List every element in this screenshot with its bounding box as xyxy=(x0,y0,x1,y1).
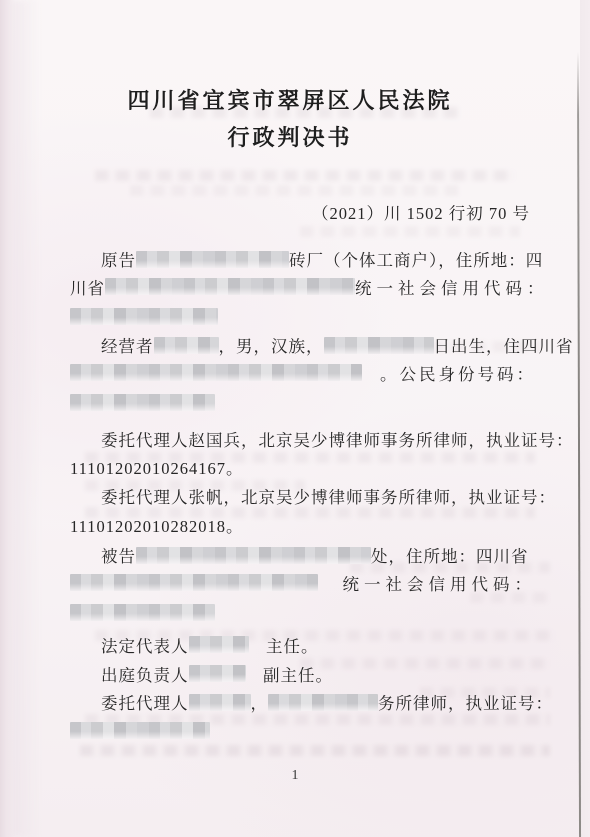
text-segment: 出庭负责人 xyxy=(101,662,189,686)
text-segment: ， xyxy=(251,690,269,714)
text-line: 川省统一社会信用代码： xyxy=(70,273,536,302)
text-line: 统一社会信用代码： xyxy=(70,569,536,598)
redaction-box xyxy=(136,251,289,268)
text-segment: 统一社会信用代码： xyxy=(355,275,549,299)
document-body: 原告砖厂（个体工商户），住所地：四川省统一社会信用代码：经营者，男，汉族，日出生… xyxy=(70,244,536,744)
bleedthrough-smudge xyxy=(80,745,550,756)
text-line: 出庭负责人 副主任。 xyxy=(70,658,536,687)
redaction-box xyxy=(105,278,355,295)
text-segment: 川省 xyxy=(70,275,105,299)
scan-right-margin xyxy=(580,0,590,837)
redaction-box xyxy=(70,308,218,325)
bleedthrough-smudge xyxy=(95,170,515,181)
text-line xyxy=(70,301,536,330)
text-line: 。公民身份号码： xyxy=(70,358,536,387)
redaction-box xyxy=(189,694,251,711)
text-segment: 务所律师，执业证号： xyxy=(378,690,553,714)
text-segment: 处，住所地：四川省 xyxy=(371,543,529,567)
redaction-box xyxy=(70,604,215,621)
text-segment: 主任。 xyxy=(249,633,319,657)
redaction-box xyxy=(189,665,246,682)
text-segment: 11101202010264167。 xyxy=(70,455,244,479)
redaction-box xyxy=(70,574,318,591)
court-name-title: 四川省宜宾市翠屏区人民法院 xyxy=(0,84,580,115)
text-segment: 委托代理人 xyxy=(101,690,189,714)
text-line xyxy=(70,597,536,626)
page-number: 1 xyxy=(0,768,590,784)
text-segment: 11101202010282018。 xyxy=(70,513,244,537)
text-segment: 被告 xyxy=(101,543,136,567)
text-line: 11101202010264167。 xyxy=(70,452,536,481)
text-segment: 统一社会信用代码： xyxy=(343,571,537,595)
text-line: 委托代理人赵国兵，北京吴少博律师事务所律师，执业证号： xyxy=(70,424,536,453)
text-segment: 委托代理人张帆，北京吴少博律师事务所律师，执业证号： xyxy=(101,484,556,508)
redaction-box xyxy=(189,636,249,653)
text-segment: 委托代理人赵国兵，北京吴少博律师事务所律师，执业证号： xyxy=(101,427,574,451)
scanned-page: 四川省宜宾市翠屏区人民法院 行政判决书 （2021）川 1502 行初 70 号… xyxy=(0,0,590,837)
text-line: 原告砖厂（个体工商户），住所地：四 xyxy=(70,244,536,273)
document-type-title: 行政判决书 xyxy=(0,121,580,152)
redaction-box xyxy=(324,337,434,354)
text-line xyxy=(70,716,536,745)
text-line: 委托代理人，务所律师，执业证号： xyxy=(70,687,536,716)
text-line xyxy=(70,387,536,416)
text-segment: ，男，汉族， xyxy=(219,333,324,357)
bleedthrough-smudge xyxy=(130,185,460,196)
text-segment: 原告 xyxy=(101,247,136,271)
text-segment: 砖厂（个体工商户），住所地：四 xyxy=(289,247,543,271)
text-segment: 经营者 xyxy=(101,333,154,357)
redaction-box xyxy=(136,547,371,564)
text-line: 11101202010282018。 xyxy=(70,509,536,538)
bleedthrough-smudge xyxy=(300,226,520,237)
text-segment: 日出生，住四川省 xyxy=(434,333,574,357)
text-segment: 。公民身份号码： xyxy=(380,361,536,385)
text-line: 委托代理人张帆，北京吴少博律师事务所律师，执业证号： xyxy=(70,481,536,510)
redaction-box xyxy=(268,694,378,711)
redaction-box xyxy=(70,394,215,411)
redaction-box xyxy=(154,337,219,354)
text-line: 被告处，住所地：四川省 xyxy=(70,540,536,569)
redaction-box xyxy=(70,722,210,739)
redaction-box xyxy=(70,364,362,381)
text-line: 法定代表人 主任。 xyxy=(70,630,536,659)
text-segment: 副主任。 xyxy=(246,662,334,686)
case-number: （2021）川 1502 行初 70 号 xyxy=(312,200,530,224)
text-segment: 法定代表人 xyxy=(101,633,189,657)
text-line: 经营者，男，汉族，日出生，住四川省 xyxy=(70,330,536,359)
